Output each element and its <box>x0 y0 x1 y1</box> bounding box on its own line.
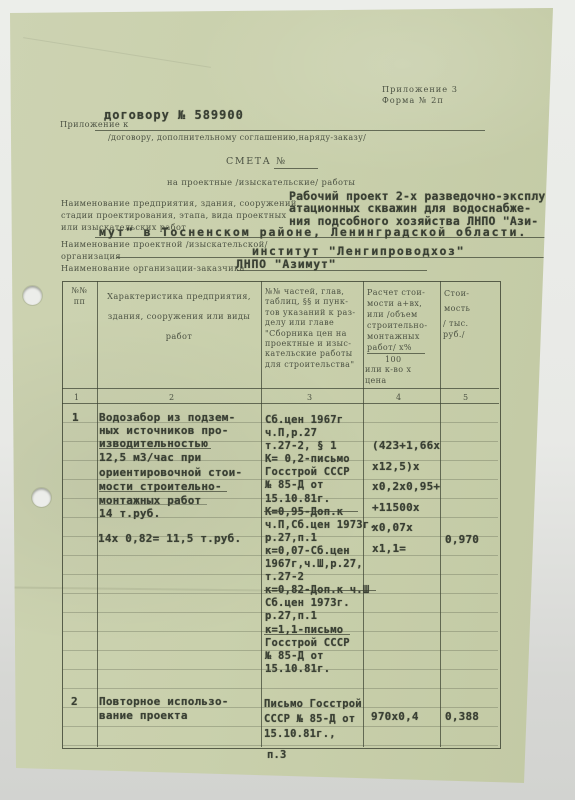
crease-top-left <box>23 37 211 68</box>
header-col5-top: Стои- мость <box>444 286 470 316</box>
row1-number: 1 <box>72 411 79 424</box>
enterprise-fill-line <box>95 237 547 238</box>
strike-row1-ref-k11 <box>264 634 350 635</box>
row2-reference: Письмо Госстрой СССР № 85-Д от 15.10.81г… <box>264 697 362 742</box>
row1-calculation: (423+1,66х х12,5)х х0,2х0,95+ +11500х х0… <box>372 436 440 560</box>
colnum-2: 2 <box>169 392 175 403</box>
colnum-5: 5 <box>463 392 469 403</box>
row1-description-a: Водозабор из подзем- ных источников про-… <box>99 411 235 464</box>
strike-row1-desc-line7 <box>99 504 207 505</box>
header-col5-bottom: / тыс. руб./ <box>443 319 468 340</box>
scanned-document: Приложение 3 Форма № 2п Приложение к дог… <box>0 0 575 800</box>
design-org-label-2: организация <box>61 251 121 262</box>
table-header-separator <box>62 388 499 389</box>
punch-hole-top <box>23 286 42 305</box>
header-col2: Характеристика предприятия, здания, соор… <box>98 286 260 346</box>
header-col3: №№ частей, глав, таблиц, §§ и пунк- тов … <box>265 287 356 370</box>
header-col4-note: или к-во х цена <box>365 364 411 386</box>
row2-cost: 0,388 <box>445 710 479 723</box>
colnum-3: 3 <box>307 392 313 403</box>
row2-number: 2 <box>71 695 78 708</box>
appendix-note: Приложение 3 Форма № 2п <box>382 84 458 106</box>
row1-description-b: ориентировочной стои- мости строительно-… <box>99 466 242 521</box>
colnum-1: 1 <box>74 392 80 403</box>
design-org-label-1: Наименование проектной /изыскательской/ <box>61 239 268 250</box>
strike-row1-desc-line6 <box>99 491 227 492</box>
customer-label: Наименование организации-заказчика <box>61 263 245 274</box>
page-footnote: п.3 <box>267 749 287 762</box>
header-col4-numerator: Расчет стои- мости а+вх, или /объем стро… <box>367 287 427 353</box>
estimate-subtitle: на проектные /изыскательские/ работы <box>167 177 355 188</box>
customer-fill-line <box>237 270 427 271</box>
enterprise-value: Рабочий проект 2-х разведочно-эксплу ата… <box>289 190 545 227</box>
estimate-number-blank <box>274 168 318 169</box>
row1-cost: 0,970 <box>445 533 479 546</box>
paper-sheet: Приложение 3 Форма № 2п Приложение к дог… <box>0 0 575 800</box>
row1-description-c: 14х 0,82= 11,5 т.руб. <box>98 532 241 545</box>
attachment-caption: /договору, дополнительному соглашению,на… <box>108 132 366 143</box>
strike-row1-desc-line3 <box>99 448 211 449</box>
colnum-4: 4 <box>396 392 402 403</box>
punch-hole-bottom <box>32 488 51 507</box>
row1-reference: Сб.цен 1967г ч.П,р.27 т.27-2, § 1 К= 0,2… <box>265 414 376 676</box>
row2-calculation: 970х0,4 <box>371 710 419 723</box>
header-col1: №№ пп <box>62 285 97 307</box>
strike-row1-ref-k095 <box>264 511 358 512</box>
strike-row1-ref-k082 <box>264 590 376 591</box>
row2-description: Повторное использо- вание проекта <box>99 695 229 722</box>
attachment-value: договору № 589900 <box>104 109 244 122</box>
estimate-title: СМЕТА № <box>226 156 287 167</box>
attachment-fill-line <box>95 130 485 131</box>
